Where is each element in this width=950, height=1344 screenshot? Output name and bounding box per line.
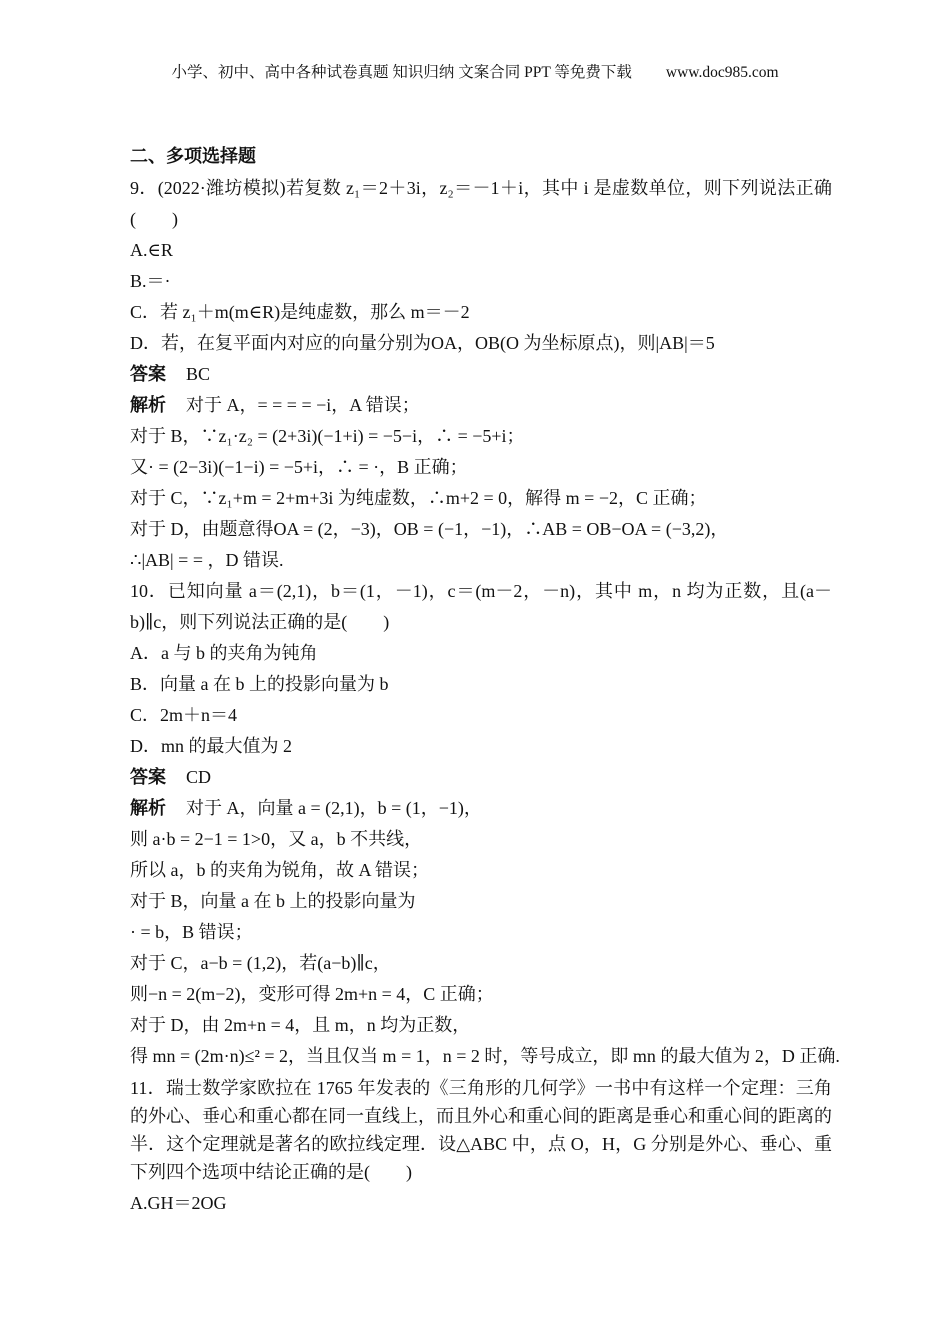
q10-option-a: A．a 与 b 的夹角为钝角	[130, 638, 832, 669]
q11-stem-line-1: 11．瑞士数学家欧拉在 1765 年发表的《三角形的几何学》一书中有这样一个定理…	[130, 1074, 832, 1102]
q9-analysis-line-6: ∴|AB| = = ，D 错误.	[130, 545, 832, 576]
q10-analysis-line-3: 所以 a，b 的夹角为锐角，故 A 错误；	[130, 855, 832, 886]
q9-analysis-line-2: 对于 B，∵z₁·z₂ = (2+3i)(−1+i) = −5−i，∴ = −5…	[130, 421, 832, 452]
q10-analysis-line-5: · = b，B 错误；	[130, 917, 832, 948]
q11-stem-line-2: 的外心、垂心和重心都在同一直线上，而且外心和重心间的距离是垂心和重心间的距离的一	[130, 1102, 832, 1130]
q10-option-b: B．向量 a 在 b 上的投影向量为 b	[130, 669, 832, 700]
q9-stem-line-2: ( )	[130, 204, 832, 235]
q10-analysis-line-6: 对于 C，a−b = (1,2)，若(a−b)∥c，	[130, 948, 832, 979]
q9-option-d: D．若，在复平面内对应的向量分别为OA，OB(O 为坐标原点)，则|AB|＝5	[130, 328, 832, 359]
q11-option-a: A.GH＝2OG	[130, 1188, 832, 1219]
q10-analysis-line-4: 对于 B，向量 a 在 b 上的投影向量为	[130, 886, 832, 917]
header-promo-text: 小学、初中、高中各种试卷真题 知识归纳 文案合同 PPT 等免费下载	[171, 60, 631, 82]
q10-option-c: C．2m＋n＝4	[130, 700, 832, 731]
q10-stem-line-1: 10．已知向量 a＝(2,1)，b＝(1，－1)，c＝(m－2，－n)，其中 m…	[130, 576, 832, 607]
q9-analysis-line-3: 又· = (2−3i)(−1−i) = −5+i，∴ = ·，B 正确；	[130, 452, 832, 483]
q9-option-c: C．若 z₁＋m(m∈R)是纯虚数，那么 m＝－2	[130, 297, 832, 328]
q11-stem-line-3: 半．这个定理就是著名的欧拉线定理．设△ABC 中，点 O，H，G 分别是外心、垂…	[130, 1130, 832, 1158]
q10-answer-value: CD	[186, 767, 211, 787]
q9-analysis-text-1: 对于 A，= = = = −i，A 错误；	[186, 395, 420, 415]
q10-answer-line: 答案CD	[130, 762, 832, 793]
q10-analysis-line-9: 得 mn = (2m·n)≤² = 2，当且仅当 m = 1，n = 2 时，等…	[130, 1041, 832, 1072]
q10-stem-line-2: b)∥c，则下列说法正确的是( )	[130, 607, 832, 638]
header-site-url: www.doc985.com	[666, 64, 779, 82]
q9-option-b: B.＝·	[130, 266, 832, 297]
q9-stem-line-1: 9．(2022·潍坊模拟)若复数 z₁＝2＋3i，z₂＝－1＋i，其中 i 是虚…	[130, 173, 832, 204]
q10-analysis-line-7: 则−n = 2(m−2)，变形可得 2m+n = 4，C 正确；	[130, 979, 832, 1010]
document-page: 小学、初中、高中各种试卷真题 知识归纳 文案合同 PPT 等免费下载 www.d…	[0, 0, 950, 1344]
q9-analysis-line-4: 对于 C，∵z₁+m = 2+m+3i 为纯虚数，∴m+2 = 0，解得 m =…	[130, 483, 832, 514]
q9-answer-label: 答案	[130, 364, 166, 384]
page-header: 小学、初中、高中各种试卷真题 知识归纳 文案合同 PPT 等免费下载 www.d…	[0, 60, 950, 82]
q10-analysis-line-8: 对于 D，由 2m+n = 4，且 m，n 均为正数，	[130, 1010, 832, 1041]
document-content: 二、多项选择题 9．(2022·潍坊模拟)若复数 z₁＝2＋3i，z₂＝－1＋i…	[130, 139, 832, 1219]
q9-answer-line: 答案BC	[130, 359, 832, 390]
q9-analysis-line-5: 对于 D，由题意得OA = (2，−3)，OB = (−1，−1)，∴AB = …	[130, 514, 832, 545]
q10-analysis-label: 解析	[130, 798, 166, 818]
q9-option-a: A.∈R	[130, 235, 832, 266]
q10-option-d: D．mn 的最大值为 2	[130, 731, 832, 762]
q10-answer-label: 答案	[130, 767, 166, 787]
q10-analysis-text-1: 对于 A，向量 a = (2,1)，b = (1，−1)，	[186, 798, 482, 818]
q11-stem-line-4: 下列四个选项中结论正确的是( )	[130, 1158, 832, 1186]
q9-analysis-line-1: 解析对于 A，= = = = −i，A 错误；	[130, 390, 832, 421]
section-title: 二、多项选择题	[130, 139, 832, 173]
q10-analysis-line-2: 则 a·b = 2−1 = 1>0，又 a，b 不共线，	[130, 824, 832, 855]
q9-answer-value: BC	[186, 364, 210, 384]
q9-analysis-label: 解析	[130, 395, 166, 415]
q10-analysis-line-1: 解析对于 A，向量 a = (2,1)，b = (1，−1)，	[130, 793, 832, 824]
